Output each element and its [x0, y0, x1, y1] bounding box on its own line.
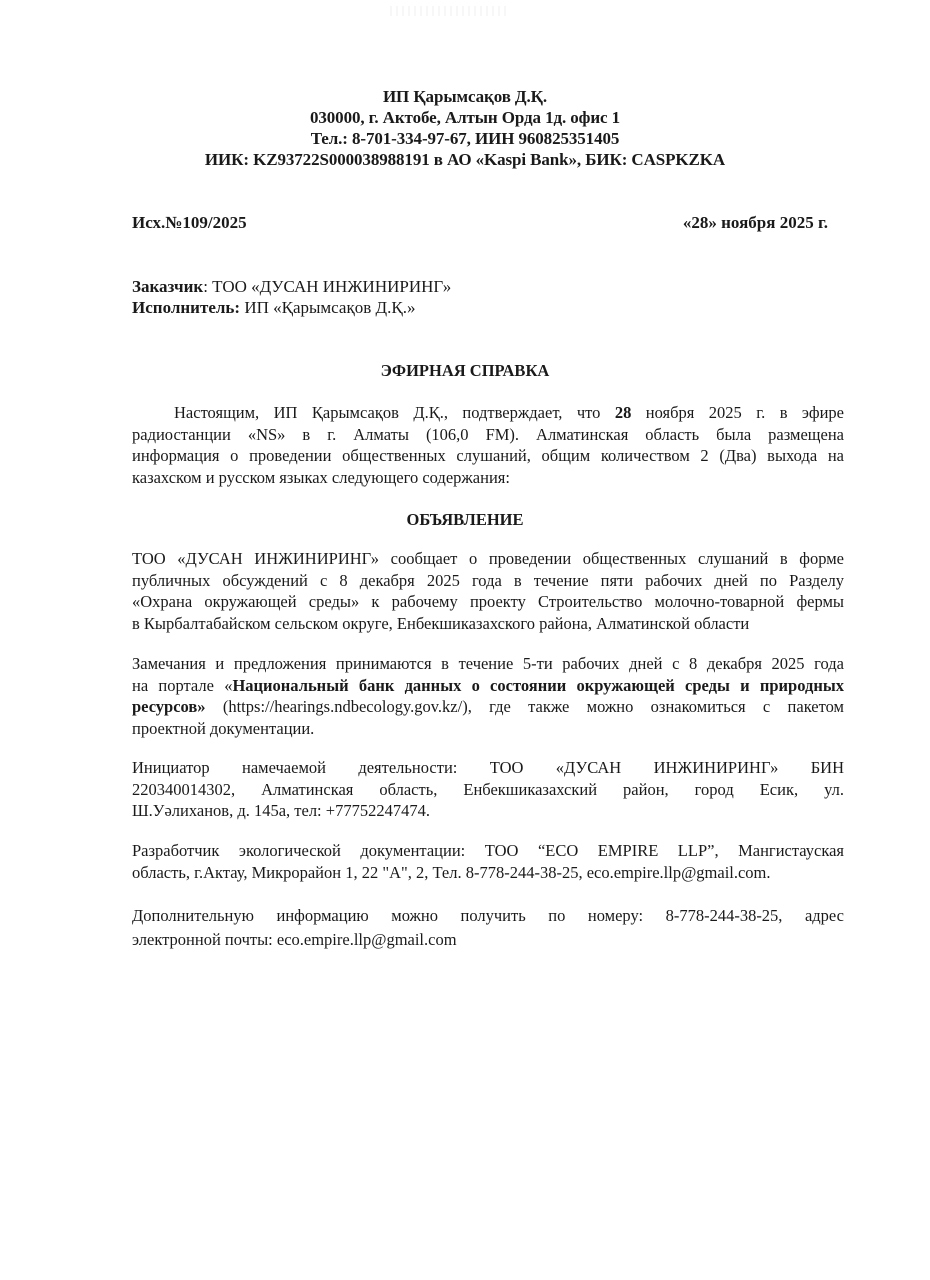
announcement-line: Дополнительную информацию можно получить…	[132, 904, 844, 928]
customer-label: Заказчик	[132, 277, 203, 296]
executor-line: Исполнитель: ИП «Қарымсақов Д.Қ.»	[132, 297, 451, 318]
text: на портале «	[132, 676, 232, 695]
document-date: «28» ноября 2025 г.	[683, 213, 828, 233]
announcement-line: на портале «Национальный банк данных о с…	[132, 675, 844, 697]
announcement-line: Замечания и предложения принимаются в те…	[132, 653, 844, 675]
announcement-title: ОБЪЯВЛЕНИЕ	[0, 510, 930, 530]
customer-line: Заказчик: ТОО «ДУСАН ИНЖИНИРИНГ»	[132, 276, 451, 297]
executor-value: ИП «Қарымсақов Д.Қ.»	[240, 298, 415, 317]
text: Настоящим, ИП Қарымсақов Д.Қ., подтвержд…	[174, 403, 615, 422]
portal-name: Национальный банк данных о состоянии окр…	[232, 676, 844, 695]
announcement-line: в Кырбалтабайском сельском округе, Енбек…	[132, 613, 844, 635]
announcement-paragraph-contact: Дополнительную информацию можно получить…	[132, 904, 844, 952]
announcement-paragraph-developer: Разработчик экологической документации: …	[132, 840, 844, 883]
announcement-paragraph-1: ТОО «ДУСАН ИНЖИНИРИНГ» сообщает о провед…	[132, 548, 844, 634]
announcement-line: Разработчик экологической документации: …	[132, 840, 844, 862]
reference-row: Исх.№109/2025 «28» ноября 2025 г.	[132, 213, 828, 233]
announcement-line: Инициатор намечаемой деятельности: ТОО «…	[132, 757, 844, 779]
letterhead: ИП Қарымсақов Д.Қ. 030000, г. Актобе, Ал…	[0, 86, 930, 170]
announcement-line: ТОО «ДУСАН ИНЖИНИРИНГ» сообщает о провед…	[132, 548, 844, 570]
portal-name: ресурсов»	[132, 697, 206, 716]
certificate-line: Настоящим, ИП Қарымсақов Д.Қ., подтвержд…	[132, 402, 844, 424]
scan-artifact	[390, 6, 510, 16]
certificate-title: ЭФИРНАЯ СПРАВКА	[0, 361, 930, 381]
announcement-line: 220340014302, Алматинская область, Енбек…	[132, 779, 844, 801]
certificate-body: Настоящим, ИП Қарымсақов Д.Қ., подтвержд…	[132, 402, 844, 488]
outgoing-number: Исх.№109/2025	[132, 213, 247, 233]
announcement-paragraph-initiator: Инициатор намечаемой деятельности: ТОО «…	[132, 757, 844, 822]
parties-block: Заказчик: ТОО «ДУСАН ИНЖИНИРИНГ» Исполни…	[132, 276, 451, 318]
portal-url-text: (https://hearings.ndbecology.gov.kz/), г…	[206, 697, 844, 716]
announcement-line: «Охрана окружающей среды» к рабочему про…	[132, 591, 844, 613]
letterhead-company: ИП Қарымсақов Д.Қ.	[0, 86, 930, 107]
letterhead-address: 030000, г. Актобе, Алтын Орда 1д. офис 1	[0, 107, 930, 128]
executor-label: Исполнитель:	[132, 298, 240, 317]
announcement-line: электронной почты: eco.empire.llp@gmail.…	[132, 928, 844, 952]
announcement-line: ресурсов» (https://hearings.ndbecology.g…	[132, 696, 844, 718]
letterhead-phone-iin: Тел.: 8-701-334-97-67, ИИН 960825351405	[0, 128, 930, 149]
document-page: ИП Қарымсақов Д.Қ. 030000, г. Актобе, Ал…	[0, 0, 930, 1280]
letterhead-bank-details: ИИК: KZ93722S000038988191 в АО «Kaspi Ba…	[0, 149, 930, 170]
certificate-line: казахском и русском языках следующего со…	[132, 467, 844, 489]
announcement-line: проектной документации.	[132, 718, 844, 740]
text: ноября 2025 г. в эфире	[631, 403, 844, 422]
announcement-line: область, г.Актау, Микрорайон 1, 22 "А", …	[132, 862, 844, 884]
broadcast-day: 28	[615, 403, 632, 422]
announcement-line: Ш.Уәлиханов, д. 145а, тел: +77752247474.	[132, 800, 844, 822]
announcement-paragraph-2: Замечания и предложения принимаются в те…	[132, 653, 844, 739]
announcement-line: публичных обсуждений с 8 декабря 2025 го…	[132, 570, 844, 592]
customer-value: : ТОО «ДУСАН ИНЖИНИРИНГ»	[203, 277, 451, 296]
certificate-line: радиостанции «NS» в г. Алматы (106,0 FM)…	[132, 424, 844, 446]
certificate-line: информация о проведении общественных слу…	[132, 445, 844, 467]
